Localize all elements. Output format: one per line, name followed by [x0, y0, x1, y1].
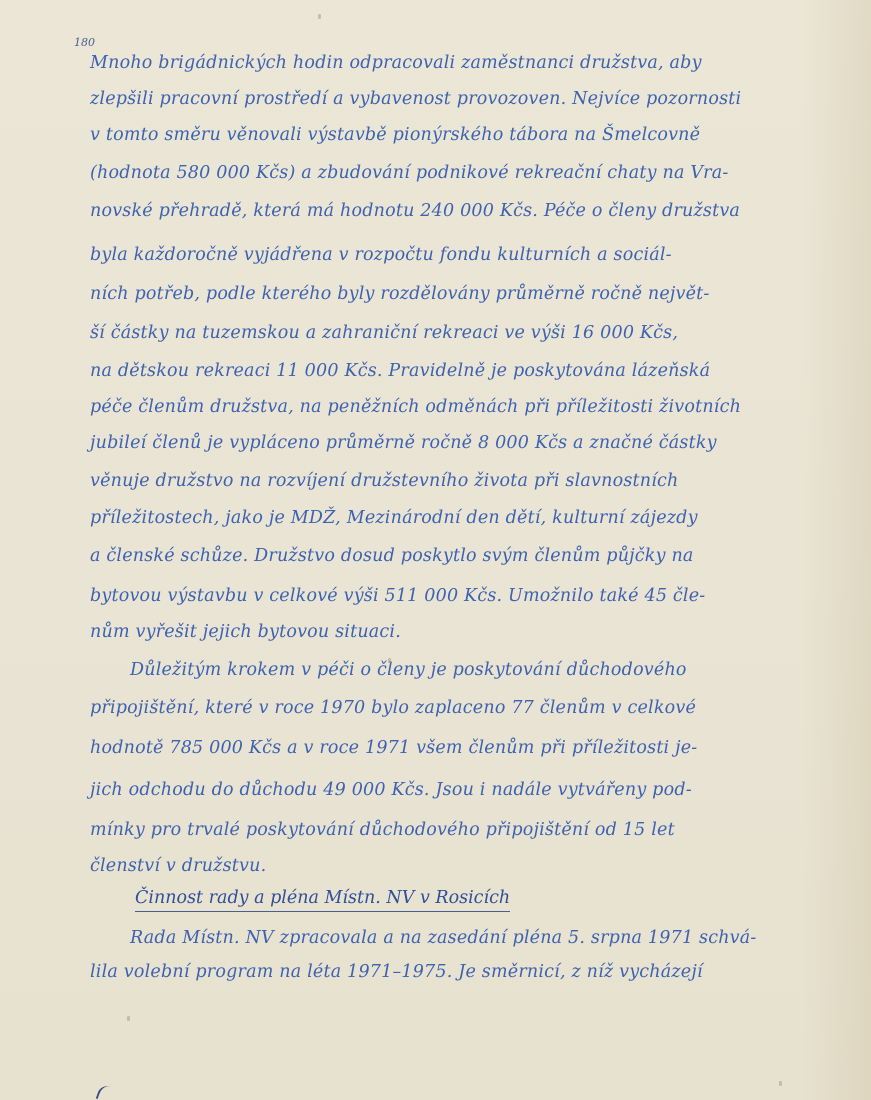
text-line: ší částky na tuzemskou a zahraniční rekr…	[90, 323, 678, 343]
text-line: příležitostech, jako je MDŽ, Mezinárodní…	[90, 508, 698, 528]
text-line: ních potřeb, podle kterého byly rozdělov…	[90, 284, 710, 304]
chronicle-page: 180 Mnoho brigádnických hodin odpracoval…	[0, 0, 871, 1100]
text-line: věnuje družstvo na rozvíjení družstevníh…	[90, 471, 678, 491]
text-line: zlepšili pracovní prostředí a vybavenost…	[90, 89, 741, 109]
text-line: jich odchodu do důchodu 49 000 Kčs. Jsou…	[90, 780, 692, 800]
text-line: byla každoročně vyjádřena v rozpočtu fon…	[90, 245, 672, 265]
ink-mark	[96, 1083, 113, 1100]
paper-speck	[388, 658, 391, 663]
text-line: Rada Místn. NV zpracovala a na zasedání …	[130, 928, 757, 948]
text-line: připojištění, které v roce 1970 bylo zap…	[90, 698, 696, 718]
text-line: jubileí členů je vypláceno průměrně ročn…	[90, 433, 717, 453]
text-line: a členské schůze. Družstvo dosud poskytl…	[90, 546, 694, 566]
paper-speck	[779, 1081, 782, 1086]
text-line: na dětskou rekreaci 11 000 Kčs. Pravidel…	[90, 361, 710, 381]
page-number: 180	[74, 36, 95, 49]
section-heading: Činnost rady a pléna Místn. NV v Rosicíc…	[135, 888, 510, 912]
paper-speck	[127, 1016, 130, 1021]
paper-speck	[318, 14, 321, 19]
text-line: Důležitým krokem v péči o členy je posky…	[130, 660, 687, 680]
text-line: lila volební program na léta 1971–1975. …	[90, 962, 703, 982]
text-line: bytovou výstavbu v celkové výši 511 000 …	[90, 586, 705, 606]
text-line: péče členům družstva, na peněžních odměn…	[90, 397, 741, 417]
text-line: novské přehradě, která má hodnotu 240 00…	[90, 201, 740, 221]
text-line: v tomto směru věnovali výstavbě pionýrsk…	[90, 125, 700, 145]
text-line: mínky pro trvalé poskytování důchodového…	[90, 820, 675, 840]
text-line: nům vyřešit jejich bytovou situaci.	[90, 622, 401, 642]
text-line: členství v družstvu.	[90, 856, 266, 876]
text-line: (hodnota 580 000 Kčs) a zbudování podnik…	[90, 163, 729, 183]
text-line: hodnotě 785 000 Kčs a v roce 1971 všem č…	[90, 738, 697, 758]
text-line: Mnoho brigádnických hodin odpracovali za…	[90, 53, 702, 73]
